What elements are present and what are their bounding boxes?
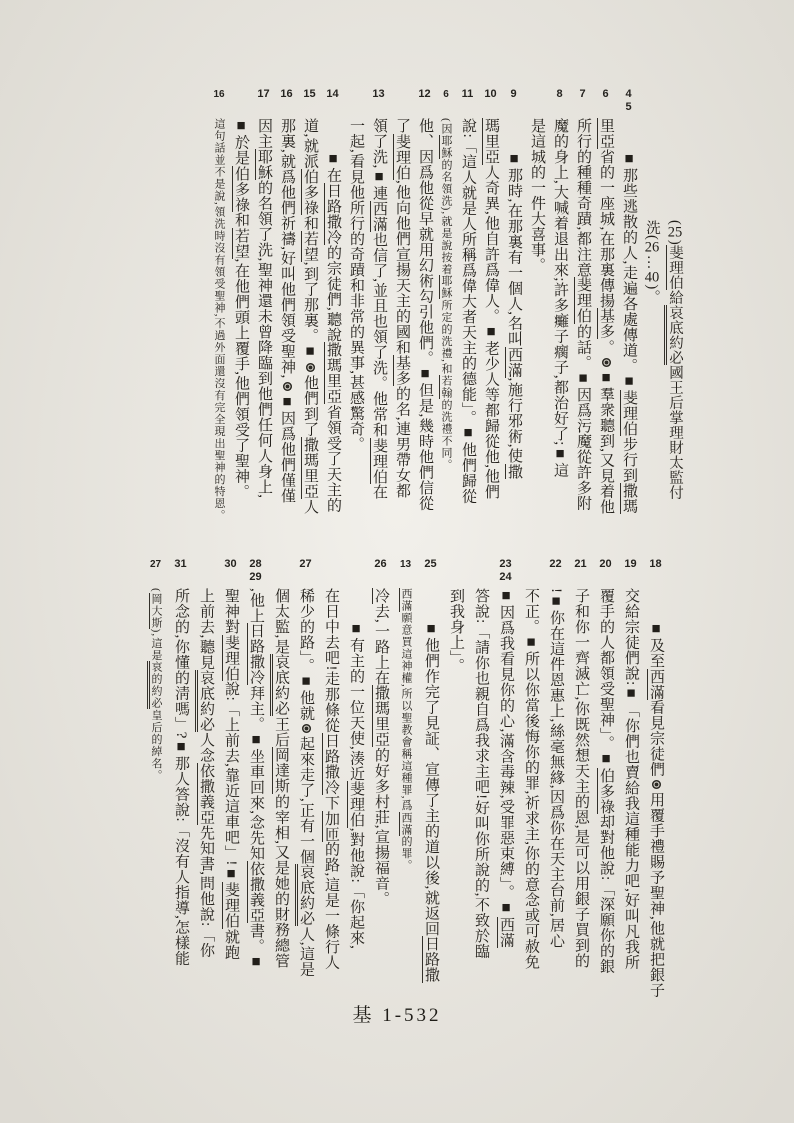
proper-name: 斐理伯 xyxy=(347,781,364,828)
proper-name: 加匝 xyxy=(322,811,339,842)
column-text: 在日中去吧!走那條從日路撒冷下加匝的路,這是一條行人 xyxy=(318,588,343,1010)
text-column: 是這城的一件大喜事。 xyxy=(525,88,548,540)
verse-number: 13 xyxy=(367,88,390,118)
text-column: 10瑪里亞人奇異,他自許爲偉人。■老少人等都歸從他,他們 xyxy=(479,88,502,540)
text-run: ■因爲我看見你的心,滿含毒辣,受罪惡束縛」。■ xyxy=(498,588,514,917)
footnote-column: 16這句話並不是說,領洗時沒有領受聖神,不過外面還沒有完全現出聖神的特恩。 xyxy=(209,88,229,540)
text-column: 8魔的身上,大喊着退出來;許多癱子瘸子,都治好了;■這 xyxy=(548,88,571,540)
proper-name: 依撒義亞 xyxy=(247,861,264,923)
text-run: 和 xyxy=(302,215,318,231)
column-text: ,他上日路撒冷拜主。■坐車回來,念先知依撒義亞書。■ xyxy=(243,588,268,1010)
proper-name: 日路撒冷 xyxy=(322,733,339,795)
text-column: 17因主耶穌的名領了洗,聖神還未曾降臨到他們任何人身上, xyxy=(252,88,275,540)
text-run: 道,就派 xyxy=(302,118,318,169)
footnote-marker-icon xyxy=(302,724,311,733)
column-text: 子和你一齊滅亡,你既然想天主的恩,是可以用銀子買到的 xyxy=(568,588,593,1010)
text-column: 在日中去吧!走那條從日路撒冷下加匝的路,這是一條行人 xyxy=(318,558,343,1010)
verse-number: 10 xyxy=(479,88,502,118)
text-run: ■那時,在那裏有一個人,名叫 xyxy=(506,151,522,347)
verse-number: 26 xyxy=(368,558,393,588)
verse-number xyxy=(518,558,543,588)
text-run: 的宗徒們,聽說 xyxy=(325,245,341,342)
text-column: 45■那些逃散的人,走遍各處傳道。■斐理伯步行到撒瑪 xyxy=(617,88,640,573)
text-run: 覆手的人都領受聖神」。■ xyxy=(598,588,614,768)
text-run: 也信了,並且也領了洗。他常和 xyxy=(371,232,387,438)
proper-name: 日路撒冷 xyxy=(247,623,264,685)
text-run: 的名,連男帶女都 xyxy=(394,386,410,499)
text-run: 的名領了洗,聖神還未曾降臨到他們任何人身上, xyxy=(256,180,272,499)
verse-number: 8 xyxy=(548,88,571,118)
proper-name: 伯多祿 xyxy=(597,768,614,815)
text-run: 在 xyxy=(371,484,387,500)
text-run: 聖神對 xyxy=(223,588,239,635)
verse-number xyxy=(344,88,367,118)
text-column: 27稀少的路」。■他就起來走了,正有一個哀底約必人,這是 xyxy=(293,558,318,1010)
text-column: 20覆手的人都領受聖神」。■伯多祿却對他說:「深願你的銀 xyxy=(593,558,618,1010)
proper-name: 西滿 xyxy=(370,201,387,232)
column-text: 一起,看見他所行的奇蹟和非常的異事,甚感驚奇。 xyxy=(344,118,367,540)
proper-name: 哀底約必 xyxy=(270,654,289,716)
text-run: 所念的,你懂的淸嗎」?■那人答說:「沒有人指導,怎樣能 xyxy=(173,588,189,966)
verse-number xyxy=(229,88,252,118)
column-text: ■及至西滿看見宗徒們用覆手禮賜予聖神,他就把銀子 xyxy=(643,588,668,1043)
verse-number: 31 xyxy=(168,558,193,588)
text-column: 到我身上」。 xyxy=(443,558,468,1010)
text-run: 上前去,聽見 xyxy=(198,588,214,670)
column-text: 是這城的一件大喜事。 xyxy=(525,118,548,540)
column-text: ■有主的一位天使,湊近斐理伯,對他說:「你起來, xyxy=(343,588,368,1043)
text-run: 人,這是 xyxy=(298,926,314,977)
text-run: ),這是 xyxy=(150,629,162,661)
column-text: 個太監,是哀底約必王后岡達斯的宰相,又是她的財務總管 xyxy=(268,588,293,1010)
text-run: 皇后的綽名。 xyxy=(150,709,162,781)
verse-number: 2324 xyxy=(493,558,518,588)
text-run: )。 xyxy=(644,284,660,304)
column-text: 不正。■所以你當後悔你的罪,祈求主,你的意念或可赦免 xyxy=(518,588,543,1010)
text-run: ■羣衆聽到,又見着他 xyxy=(598,370,614,515)
text-run: ■於是 xyxy=(233,118,249,166)
text-run: 因主 xyxy=(256,118,272,149)
text-column: 6里亞省的一座城,在那裏傳揚基多。■羣衆聽到,又見着他 xyxy=(594,88,617,540)
text-run: 給 xyxy=(667,290,683,305)
column-text: 說:「這人就是人所稱爲偉大者天主的德能」。■他們歸從 xyxy=(456,118,479,540)
proper-name: 耶穌 xyxy=(439,275,452,299)
text-run: 40 xyxy=(644,270,660,285)
text-column: 30聖神對斐理伯說:「上前去,靠近這車吧」!■斐理伯就跑 xyxy=(218,558,243,1010)
text-run: 那裏,就爲他們祈禱,好叫他們領受聖神, xyxy=(279,118,295,379)
text-run: ■有主的一位天使,湊近 xyxy=(348,621,364,781)
verse-number: 11 xyxy=(456,88,479,118)
proper-name: 撒瑪 xyxy=(620,483,637,514)
proper-name: 撒瑪里亞 xyxy=(324,342,341,404)
text-run: !■你在這件恩惠上,絲毫無緣,因爲你在天主台前,居心 xyxy=(548,588,564,948)
text-column: 16那裏,就爲他們祈禱,好叫他們領受聖神,■因爲他們僅僅 xyxy=(275,88,298,540)
column-text: ■因爲我看見你的心,滿含毒辣,受罪惡束縛」。■西滿 xyxy=(493,588,518,1010)
text-run: 稀少的路」。■他就 xyxy=(298,588,314,721)
text-run: 洗( xyxy=(644,220,660,240)
text-column: 7所行的種種奇蹟,都注意斐理伯的話。■因爲污魔從許多附 xyxy=(571,88,594,540)
text-run: 先知書,問他說:「你 xyxy=(198,825,214,958)
footnote-marker-icon xyxy=(283,382,292,391)
verse-number xyxy=(343,558,368,588)
text-column: 11說:「這人就是人所稱爲偉大者天主的德能」。■他們歸從 xyxy=(456,88,479,540)
text-column: ■有主的一位天使,湊近斐理伯,對他說:「你起來, xyxy=(343,558,368,1043)
column-text: 稀少的路」。■他就起來走了,正有一個哀底約必人,這是 xyxy=(293,588,318,1010)
text-run: 願意買這神權,所以聖教會稱這種罪,爲 xyxy=(400,612,412,812)
verse-number: 15 xyxy=(298,88,321,118)
column-text: ■那時,在那裏有一個人,名叫西滿,施行邪術,使撒 xyxy=(502,118,525,573)
text-run: 這句話並不是說,領洗時沒有領受聖神,不過外面還沒有完全現出聖神的特恩。 xyxy=(213,118,225,522)
proper-name: 撒 xyxy=(505,464,522,480)
proper-name: 基多 xyxy=(393,355,410,386)
page-number: 基 1-532 xyxy=(0,1000,794,1027)
text-run: 省領受了天主的 xyxy=(325,404,341,513)
proper-name: 里亞 xyxy=(597,118,614,149)
column-text: 了斐理伯,他向他們宣揚天主的國和基多的名,連男帶女都 xyxy=(390,118,413,540)
column-text: ■他們作完了見証、宣傳了主的道以後,就返回日路撒 xyxy=(418,588,443,1043)
verse-number xyxy=(318,558,343,588)
column-text: 交給宗徒們說:■「你們也賣給我這種能力吧,好叫凡我所 xyxy=(618,588,643,1010)
text-run: 省的一座城,在那裏傳揚 xyxy=(598,149,614,308)
verse-number: 27 xyxy=(293,558,318,588)
text-run: 看見宗徒們 xyxy=(648,700,664,778)
verse-number: 45 xyxy=(617,88,640,118)
text-run: 書。■ xyxy=(248,923,264,971)
text-run: 所定的洗禮,和 xyxy=(440,299,452,375)
proper-name: 岡達斯 xyxy=(272,747,289,794)
proper-name: 依撒義亞 xyxy=(197,763,214,825)
text-run: 說:「上前去,靠近這車吧」!■ xyxy=(223,681,239,882)
text-column: 了斐理伯,他向他們宣揚天主的國和基多的名,連男帶女都 xyxy=(390,88,413,540)
verse-number: 17 xyxy=(252,88,275,118)
text-run: 的話。■因爲污魔從許多附 xyxy=(575,324,591,511)
column-text: ■那些逃散的人,走遍各處傳道。■斐理伯步行到撒瑪 xyxy=(617,118,640,573)
text-run: 王后 xyxy=(273,716,289,747)
proper-name: 西滿 xyxy=(505,347,522,378)
verse-number: 12 xyxy=(413,88,436,118)
text-run: 他們到了 xyxy=(302,375,318,437)
footnote-number: 6 xyxy=(436,88,456,118)
proper-name: 基多 xyxy=(597,308,614,339)
footnote-number: 27 xyxy=(143,558,168,588)
column-text: 這句話並不是說,領洗時沒有領受聖神,不過外面還沒有完全現出聖神的特恩。 xyxy=(210,118,228,540)
text-run: ,他向他們宣揚天主的國和 xyxy=(394,180,410,355)
text-column: ■於是伯多祿和若望,在他們頭上覆手,他們領受了聖神。 xyxy=(229,88,252,540)
proper-name: 斐理伯 xyxy=(222,882,239,929)
column-text: 瑪里亞人奇異,他自許爲偉人。■老少人等都歸從他,他們 xyxy=(479,118,502,540)
column-text: 西滿願意買這神權,所以聖教會稱這種罪,爲西滿的罪。 xyxy=(393,588,418,1010)
proper-name: 哀底約必 xyxy=(195,670,214,732)
proper-name: 斐理伯 xyxy=(370,438,387,485)
footnote-column: 6(因耶穌的名領洗),就是說按着耶穌所定的洗禮,和若翰的洗禮不同。 xyxy=(436,88,456,540)
proper-name: 若望 xyxy=(232,228,249,259)
text-column: 不正。■所以你當後悔你的罪,祈求主,你的意念或可赦免 xyxy=(518,558,543,1010)
text-run: 却對他說:「深願你的銀 xyxy=(598,814,614,974)
text-run: 人奇異,他自許爲偉人。■老少人等都歸從他,他們 xyxy=(483,165,499,500)
text-run: 的好多村莊,宣揚福音。 xyxy=(373,747,389,906)
text-run: 的名領洗),就是說按着 xyxy=(440,159,452,275)
verse-number: 18 xyxy=(643,558,668,588)
proper-name: 岡大斯 xyxy=(149,593,162,629)
column-text: 到我身上」。 xyxy=(443,588,468,1010)
verse-number: 21 xyxy=(568,558,593,588)
verse-number: 14 xyxy=(321,88,344,118)
text-run: 是這城的一件大喜事。 xyxy=(529,118,545,273)
footnote-marker-icon xyxy=(306,363,315,372)
verse-number xyxy=(525,88,548,118)
proper-name: 若翰 xyxy=(439,375,452,399)
text-run: 個太監,是 xyxy=(273,588,289,654)
footnote-number: 16 xyxy=(209,88,229,118)
footnote-marker-icon xyxy=(602,358,611,367)
text-column: 25■他們作完了見証、宣傳了主的道以後,就返回日路撒 xyxy=(418,558,443,1043)
text-run: ■他們作完了見証、宣傳了主的道以後,就返回 xyxy=(423,621,439,936)
proper-name: 耶穌 xyxy=(439,135,452,159)
column-text: 所念的,你懂的淸嗎」?■那人答說:「沒有人指導,怎樣能 xyxy=(168,588,193,1010)
column-text: 他、因爲他從早就用幻術勾引他們。■但是,幾時他們信從 xyxy=(413,118,436,540)
text-run: ■及至 xyxy=(648,621,664,669)
text-column: 26冷去,一路上在撒瑪里亞的好多村莊,宣揚福音。 xyxy=(368,558,393,1010)
text-column: 上前去,聽見哀底約必人念依撒義亞先知書,問他說:「你 xyxy=(193,558,218,1010)
text-run: ( xyxy=(150,588,162,593)
text-column: 18■及至西滿看見宗徒們用覆手禮賜予聖神,他就把銀子 xyxy=(643,558,668,1043)
text-run: 和 xyxy=(233,212,249,228)
text-run: ■那些逃散的人,走遍各處傳道。■ xyxy=(621,151,637,390)
verse-number xyxy=(663,88,686,118)
proper-name: 若望 xyxy=(301,231,318,262)
text-column: 15道,就派伯多祿和若望,到了那裏。■他們到了撒瑪里亞人 xyxy=(298,88,321,540)
proper-name: 斐理伯 xyxy=(666,245,683,290)
verse-number xyxy=(268,558,293,588)
text-run: 步行到 xyxy=(621,436,637,483)
text-run: 的宰相,又是她的財務總管 xyxy=(273,794,289,969)
text-column: 22!■你在這件恩惠上,絲毫無緣,因爲你在天主台前,居心 xyxy=(543,558,568,1010)
column-text: 那裏,就爲他們祈禱,好叫他們領受聖神,■因爲他們僅僅 xyxy=(275,118,298,540)
text-run: 去,一路上在 xyxy=(373,604,389,686)
column-text: !■你在這件恩惠上,絲毫無緣,因爲你在天主台前,居心 xyxy=(543,588,568,1010)
footnote-column: 27(岡大斯),這是哀的約必皇后的綽名。 xyxy=(143,558,168,1010)
text-column: 31所念的,你懂的淸嗎」?■那人答說:「沒有人指導,怎樣能 xyxy=(168,558,193,1010)
verse-number xyxy=(193,558,218,588)
text-run: ■在 xyxy=(325,151,341,183)
footnote-column: 13西滿願意買這神權,所以聖教會稱這種罪,爲西滿的罪。 xyxy=(393,558,418,1010)
text-run: 不正。■所以你當後悔你的罪,祈求主,你的意念或可赦免 xyxy=(523,588,539,970)
column-text: 里亞省的一座城,在那裏傳揚基多。■羣衆聽到,又見着他 xyxy=(594,118,617,540)
proper-name: 西滿 xyxy=(399,588,412,612)
text-run: 答說:「請你也親自爲我求主吧!好叫你所說的,不致於臨 xyxy=(473,588,489,959)
proper-name: 斐理伯 xyxy=(222,635,239,682)
text-run: 他、因爲他從早就用幻術勾引他們。■但是,幾時他們信從 xyxy=(417,118,433,511)
verse-number: 7 xyxy=(571,88,594,118)
text-run: ,在他們頭上覆手,他們領受了聖神。 xyxy=(233,259,249,500)
column-text: ■在日路撒冷的宗徒們,聽說撒瑪里亞省領受了天主的 xyxy=(321,118,344,573)
text-run: 下 xyxy=(323,795,339,811)
scanned-page: (25)斐理伯給哀底約必國王后掌理財太監付洗(26…40)。45■那些逃散的人,… xyxy=(0,0,794,1123)
column-text: ■於是伯多祿和若望,在他們頭上覆手,他們領受了聖神。 xyxy=(229,118,252,540)
proper-name: 日路撒冷 xyxy=(324,183,341,245)
proper-name: 哀的約必 xyxy=(147,661,162,709)
text-run: ■因爲他們僅僅 xyxy=(279,394,295,504)
column-text: 覆手的人都領受聖神」。■伯多祿却對他說:「深願你的銀 xyxy=(593,588,618,1010)
text-run: (因 xyxy=(440,118,452,135)
column-text: 上前去,聽見哀底約必人念依撒義亞先知書,問他說:「你 xyxy=(193,588,218,1010)
verse-number: 16 xyxy=(275,88,298,118)
proper-name: 西滿 xyxy=(647,669,664,700)
verse-number: 19 xyxy=(618,558,643,588)
proper-name: 冷 xyxy=(372,588,389,604)
footnote-number: 13 xyxy=(393,558,418,588)
text-run: 的路,這是一條行人 xyxy=(323,842,339,970)
text-run: 說:「這人就是人所稱爲偉大者天主的德能」。■他們歸從 xyxy=(460,118,476,504)
text-run: 魔的身上,大喊着退出來;許多癱子瘸子,都治好了;■這 xyxy=(552,118,568,478)
column-text: 魔的身上,大喊着退出來;許多癱子瘸子,都治好了;■這 xyxy=(548,118,571,540)
bottom-text-block: 18■及至西滿看見宗徒們用覆手禮賜予聖神,他就把銀子19交給宗徒們說:■「你們也… xyxy=(138,558,668,1018)
text-column: 2324■因爲我看見你的心,滿含毒辣,受罪惡束縛」。■西滿 xyxy=(493,558,518,1010)
verse-number: 20 xyxy=(593,558,618,588)
text-run: ,施行邪術,使 xyxy=(506,378,522,464)
verse-number: 25 xyxy=(418,558,443,588)
text-column: 14■在日路撒冷的宗徒們,聽說撒瑪里亞省領受了天主的 xyxy=(321,88,344,573)
proper-name: 耶穌 xyxy=(255,149,272,180)
text-run: 26 xyxy=(644,240,660,255)
proper-name: 斐理伯 xyxy=(393,134,410,181)
text-run: 子和你一齊滅亡,你既然想天主的恩,是可以用銀子買到的 xyxy=(573,588,589,969)
text-column: 12他、因爲他從早就用幻術勾引他們。■但是,幾時他們信從 xyxy=(413,88,436,540)
text-run: 人念 xyxy=(198,732,214,763)
text-run: 所行的種種奇蹟,都注意 xyxy=(575,118,591,277)
column-text: 聖神對斐理伯說:「上前去,靠近這車吧」!■斐理伯就跑 xyxy=(218,588,243,1010)
text-run: 交給宗徒們說:■「你們也賣給我這種能力吧,好叫凡我所 xyxy=(623,588,639,970)
text-run: 國王后掌理財太監付 xyxy=(667,365,683,500)
verse-number xyxy=(443,558,468,588)
column-text: 領了洗,■連西滿也信了,並且也領了洗。他常和斐理伯在 xyxy=(367,118,390,540)
text-run: 。 xyxy=(598,339,614,355)
proper-name: 斐理伯 xyxy=(620,390,637,437)
text-run: … xyxy=(644,255,660,270)
text-run: 領了洗,■連 xyxy=(371,118,387,201)
text-column: 個太監,是哀底約必王后岡達斯的宰相,又是她的財務總管 xyxy=(268,558,293,1010)
proper-name: 哀底約必 xyxy=(295,864,314,926)
text-run: 25 xyxy=(667,225,683,240)
text-run: ,對他說:「你起來, xyxy=(348,828,364,950)
proper-name: 斐理伯 xyxy=(574,277,591,324)
proper-name: 西滿 xyxy=(399,812,412,836)
verse-number xyxy=(640,88,663,118)
text-column: 答說:「請你也親自爲我求主吧!好叫你所說的,不致於臨 xyxy=(468,558,493,1010)
text-run: 了 xyxy=(394,118,410,134)
text-run: ,他上 xyxy=(248,588,264,623)
verse-number: 30 xyxy=(218,558,243,588)
text-column: 19交給宗徒們說:■「你們也賣給我這種能力吧,好叫凡我所 xyxy=(618,558,643,1010)
verse-number: 6 xyxy=(594,88,617,118)
verse-number: 2829 xyxy=(243,558,268,588)
column-text: 所行的種種奇蹟,都注意斐理伯的話。■因爲污魔從許多附 xyxy=(571,118,594,540)
column-text: 冷去,一路上在撒瑪里亞的好多村莊,宣揚福音。 xyxy=(368,588,393,1010)
text-column: 一起,看見他所行的奇蹟和非常的異事,甚感驚奇。 xyxy=(344,88,367,540)
column-text: 因主耶穌的名領了洗,聖神還未曾降臨到他們任何人身上, xyxy=(252,118,275,540)
text-column: 2829,他上日路撒冷拜主。■坐車回來,念先知依撒義亞書。■ xyxy=(243,558,268,1010)
column-text: 答說:「請你也親自爲我求主吧!好叫你所說的,不致於臨 xyxy=(468,588,493,1010)
text-run: 就跑 xyxy=(223,929,239,960)
top-text-block: (25)斐理伯給哀底約必國王后掌理財太監付洗(26…40)。45■那些逃散的人,… xyxy=(150,88,686,548)
footnote-marker-icon xyxy=(652,780,661,789)
column-text: 道,就派伯多祿和若望,到了那裏。■他們到了撒瑪里亞人 xyxy=(298,118,321,540)
proper-name: 哀底約必 xyxy=(664,305,683,365)
text-column: 9■那時,在那裏有一個人,名叫西滿,施行邪術,使撒 xyxy=(502,88,525,573)
proper-name: 日路撒 xyxy=(422,936,439,983)
proper-name: 伯多祿 xyxy=(301,169,318,216)
proper-name: 西滿 xyxy=(497,917,514,948)
text-run: 到我身上」。 xyxy=(448,588,464,674)
verse-number: 22 xyxy=(543,558,568,588)
proper-name: 瑪里亞 xyxy=(482,118,499,165)
text-column: 21子和你一齊滅亡,你既然想天主的恩,是可以用銀子買到的 xyxy=(568,558,593,1010)
proper-name: 撒瑪里亞 xyxy=(372,685,389,747)
verse-number xyxy=(468,558,493,588)
text-run: 起來走了,正有一個 xyxy=(298,736,314,864)
text-run: ,到了那裏。■ xyxy=(302,262,318,360)
text-run: 人 xyxy=(302,499,318,515)
proper-name: 撒瑪里亞 xyxy=(301,437,318,499)
column-text: (岡大斯),這是哀的約必皇后的綽名。 xyxy=(143,588,168,1010)
text-run: 一起,看見他所行的奇蹟和非常的異事,甚感驚奇。 xyxy=(348,118,364,452)
verse-number: 9 xyxy=(502,88,525,118)
text-run: 的洗禮不同。 xyxy=(440,399,452,471)
text-run: 用覆手禮賜予聖神,他就把銀子 xyxy=(648,792,664,998)
proper-name: 伯多祿 xyxy=(232,166,249,213)
column-text: (因耶穌的名領洗),就是說按着耶穌所定的洗禮,和若翰的洗禮不同。 xyxy=(437,118,455,540)
text-column: 13領了洗,■連西滿也信了,並且也領了洗。他常和斐理伯在 xyxy=(367,88,390,540)
text-run: 在日中去吧!走那條從 xyxy=(323,588,339,733)
text-run: 的罪。 xyxy=(400,836,412,872)
text-run: 拜主。■坐車回來,念先知 xyxy=(248,685,264,861)
verse-number xyxy=(390,88,413,118)
